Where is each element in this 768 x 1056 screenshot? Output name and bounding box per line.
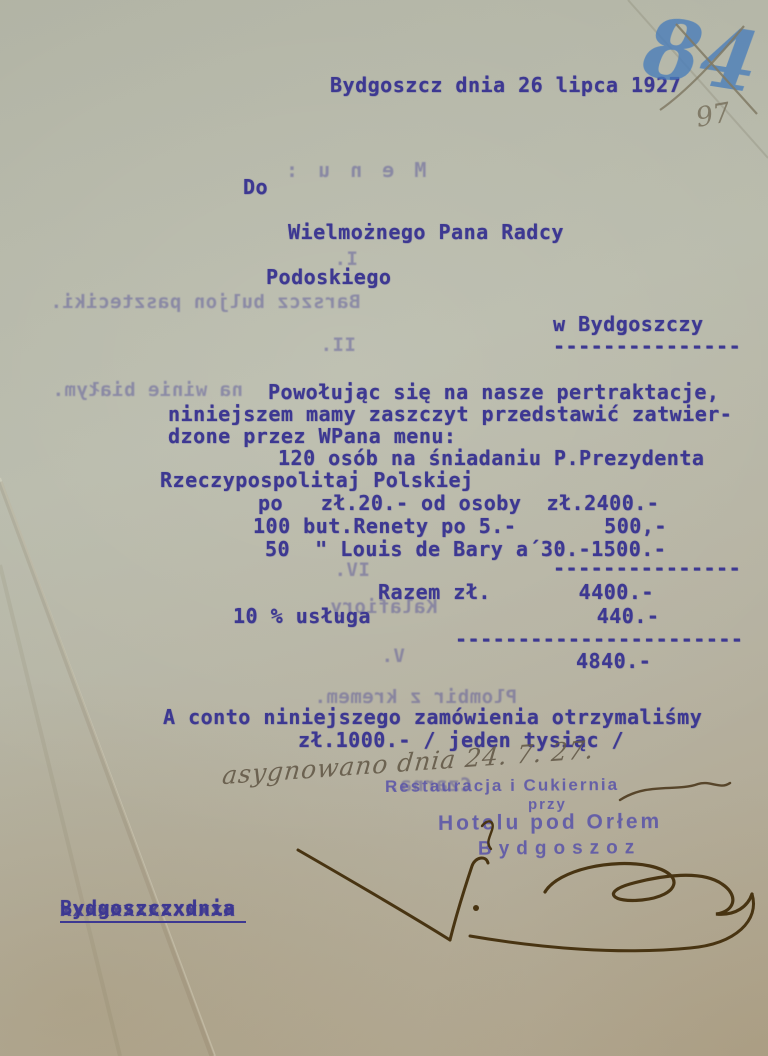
signature-letters	[545, 864, 752, 915]
ink-initial-scribble	[620, 783, 730, 800]
body-line-3: dzone przez WPana menu:	[168, 425, 456, 447]
ghost-numeral-5: V.	[381, 645, 405, 667]
signature-j-stem	[450, 858, 488, 940]
city-underline: ---------------	[553, 335, 741, 357]
invoice-republic: Rzeczypospolitaj Polskiej	[160, 469, 474, 491]
body-line-1: Powołując się na nasze pertraktacje,	[268, 381, 719, 403]
pencil-number: 97	[694, 97, 733, 133]
ghost-course-2: na winie białym.	[52, 379, 243, 401]
ghost-numeral-4: IV.	[334, 559, 370, 581]
invoice-price: po zł.20.- od osoby zł.2400.-	[258, 492, 659, 514]
date-line: Bydgoszcz dnia 26 lipca 1927	[330, 74, 681, 96]
stamp-line-3: Hotelu pod Orłem	[438, 810, 662, 836]
stamp-line-1: Restauracja i Cukiernia	[385, 775, 619, 797]
stamp-line-4: Bydgoszoz	[478, 837, 641, 860]
document-page: M e n u : I. Barszcz buljon paszteciki. …	[0, 0, 768, 1056]
ghost-numeral-2: II.	[320, 334, 356, 356]
recipient-name-2: Podoskiego	[266, 266, 391, 288]
struck-overstrike: xxxxxxxxxxxxxx	[60, 897, 236, 921]
invoice-guests: 120 osób na śniadaniu P.Prezydenta	[278, 447, 704, 469]
crease-line	[0, 478, 215, 1056]
invoice-separator-2: -----------------------	[455, 628, 743, 650]
signature-underline-flourish	[470, 894, 754, 951]
invoice-renety: 100 but.Renety po 5.- 500,-	[253, 515, 667, 537]
crease-shadow	[0, 482, 212, 1056]
recipient-salutation: Do	[243, 176, 268, 198]
ghost-course-1: Barszcz buljon paszteciki.	[50, 291, 360, 313]
invoice-separator-1: ---------------	[553, 557, 741, 579]
payment-line-1: A conto niniejszego zamówienia otrzymali…	[163, 706, 702, 728]
invoice-service: 10 % usługa 440.-	[233, 605, 659, 627]
invoice-total: Razem zł. 4400.-	[378, 581, 654, 603]
ghost-menu-title: M e n u :	[282, 158, 426, 182]
recipient-name-1: Wielmożnego Pana Radcy	[288, 221, 564, 243]
crayon-number: 84	[637, 0, 765, 112]
signature-dot	[473, 905, 479, 911]
signature-diagonal-stroke	[298, 850, 450, 940]
body-line-2: niniejszem mamy zaszczyt przedstawić zat…	[168, 403, 732, 425]
invoice-grand-total: 4840.-	[576, 650, 651, 672]
crease-line-2	[0, 565, 120, 1056]
struck-city-date: Bydgoszczxdnia xxxxxxxxxxxxxx	[60, 896, 246, 923]
recipient-city: w Bydgoszczy	[553, 313, 704, 335]
